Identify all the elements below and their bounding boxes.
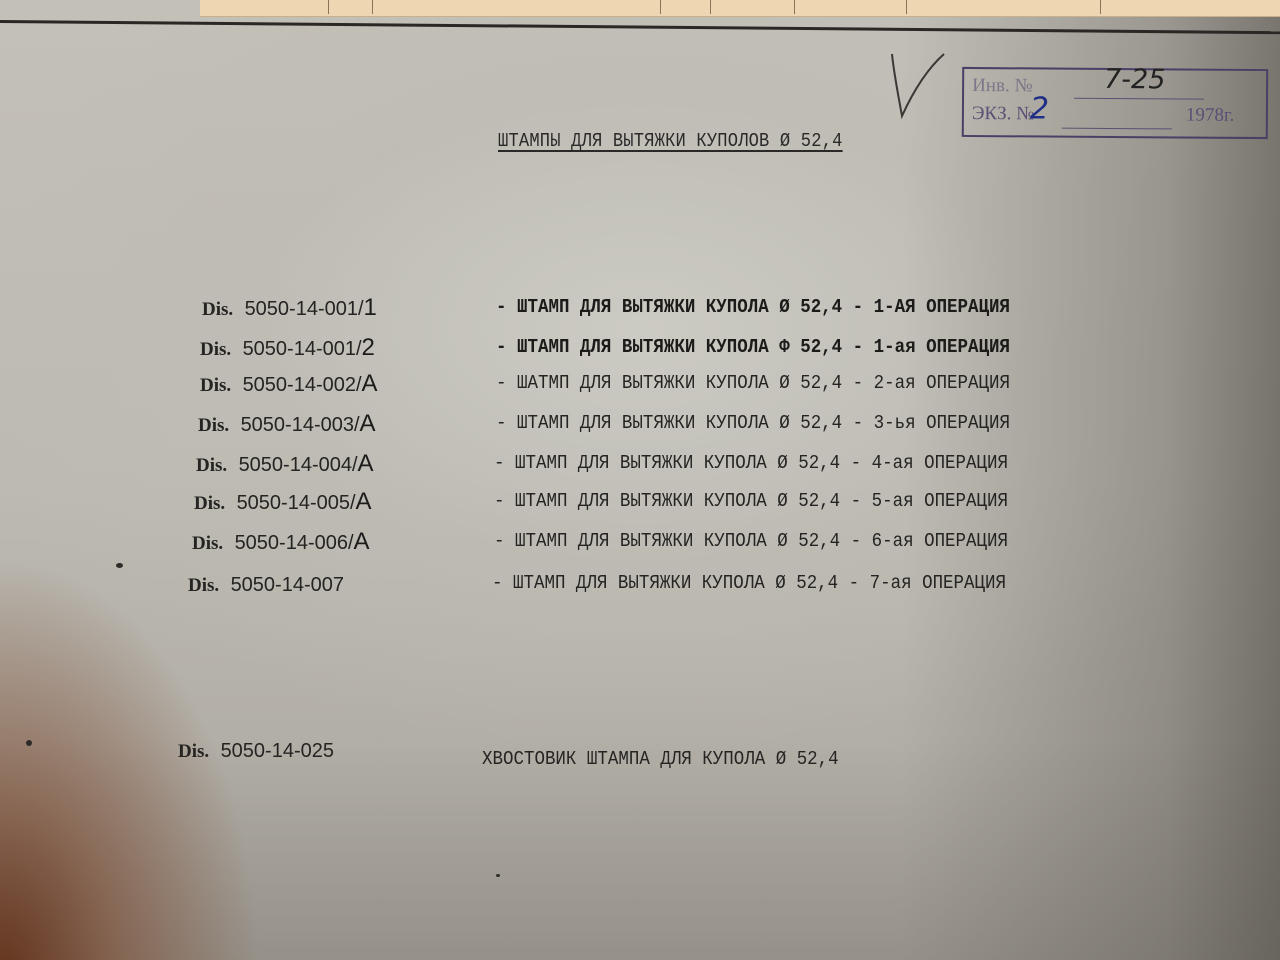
item-description: - ШТАМП ДЛЯ ВЫТЯЖКИ КУПОЛА Ø 52,4 - 3-ья… (496, 412, 1010, 434)
inventory-number: 7-25 (1104, 64, 1165, 95)
item-code: Dis. 5050-14-001/2 (200, 334, 375, 362)
item-description: - ШТАМП ДЛЯ ВЫТЯЖКИ КУПОЛА Ø 52,4 - 1-АЯ… (496, 296, 1010, 318)
item-code: Dis. 5050-14-006/A (192, 528, 370, 556)
item-code: Dis. 5050-14-005/A (194, 488, 372, 516)
item-description: - ШТАМП ДЛЯ ВЫТЯЖКИ КУПОЛА Ø 52,4 - 7-ая… (492, 572, 1006, 594)
footer-item-description: ХВОСТОВИК ШТАМПА ДЛЯ КУПОЛА Ø 52,4 (482, 748, 839, 770)
footer-item: Dis. 5050-14-025 (178, 740, 334, 763)
item-code: Dis. 5050-14-002/A (200, 370, 378, 398)
inventory-label: Инв. № (972, 75, 1033, 97)
check-mark-icon (888, 50, 948, 122)
item-description: - ШТАМП ДЛЯ ВЫТЯЖКИ КУПОЛА Ø 52,4 - 4-ая… (494, 452, 1008, 474)
stamp-year: 1978г. (1186, 104, 1235, 126)
item-description: - ШТАМП ДЛЯ ВЫТЯЖКИ КУПОЛА Ф 52,4 - 1-ая… (496, 336, 1010, 358)
inventory-stamp: Инв. № 7-25 ЭКЗ. № 2 1978г. (962, 67, 1268, 139)
underlying-sheet (200, 0, 1280, 17)
footer-item-code: Dis. 5050-14-025 (178, 741, 334, 763)
item-code: Dis. 5050-14-007 (188, 570, 344, 598)
item-code: Dis. 5050-14-001/1 (202, 294, 377, 322)
copy-label: ЭКЗ. № (972, 103, 1035, 125)
item-code: Dis. 5050-14-003/A (198, 410, 376, 438)
item-description: - ШТАМП ДЛЯ ВЫТЯЖКИ КУПОЛА Ø 52,4 - 5-ая… (494, 490, 1008, 512)
item-description: - ШАТМП ДЛЯ ВЫТЯЖКИ КУПОЛА Ø 52,4 - 2-ая… (496, 372, 1010, 394)
document-title: ШТАМПЫ ДЛЯ ВЫТЯЖКИ КУПОЛОВ Ø 52,4 (498, 130, 843, 152)
copy-number: 2 (1030, 91, 1049, 126)
item-description: - ШТАМП ДЛЯ ВЫТЯЖКИ КУПОЛА Ø 52,4 - 6-ая… (494, 530, 1008, 552)
item-code: Dis. 5050-14-004/A (196, 450, 374, 478)
